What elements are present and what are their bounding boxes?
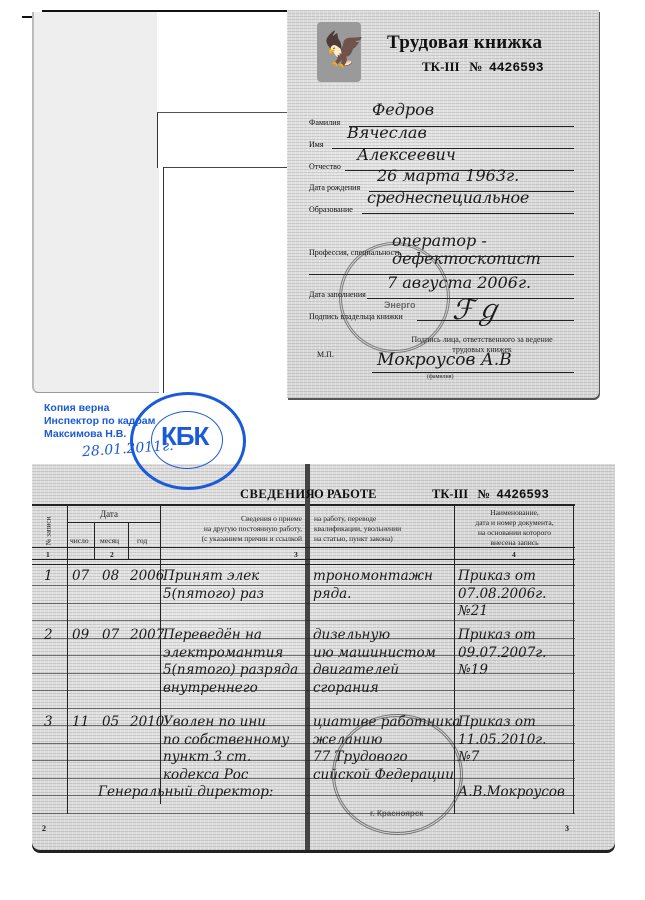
entry-text-left: Принят элек xyxy=(163,568,259,584)
entry-text-left: Уволен по ини xyxy=(163,714,266,730)
entry-number: 3 xyxy=(44,714,53,730)
col-info-header-left: Сведения о приеме на другую постоянную р… xyxy=(164,514,302,544)
field-label-education: Образование xyxy=(309,205,353,214)
entry-text-right: ию машинистом xyxy=(313,645,436,661)
field-label-surname: Фамилия xyxy=(309,118,340,127)
entry-year: 2010 xyxy=(130,714,164,730)
signature-caption: (фамилия) xyxy=(427,374,454,380)
entry-basis: №21 xyxy=(458,603,488,619)
field-value-patronymic: Алексеевич xyxy=(357,145,456,164)
col-date-header: Дата xyxy=(100,509,118,519)
page-fold xyxy=(305,464,310,850)
entry-year: 2007 xyxy=(130,627,164,643)
blank-insert xyxy=(163,167,294,393)
entry-text-right: сгорания xyxy=(313,680,379,696)
entry-day: 07 xyxy=(72,568,89,584)
number-sign: № xyxy=(478,487,491,501)
entry-text-left: пункт 3 ст. xyxy=(163,749,251,765)
ruled-line xyxy=(32,725,575,726)
field-value-name: Вячеслав xyxy=(347,123,427,142)
page-number-right: 3 xyxy=(565,824,569,833)
col-month-header: месяц xyxy=(100,536,119,546)
col-number: 2 xyxy=(110,550,114,560)
page-number-left: 2 xyxy=(42,824,46,833)
ruled-line xyxy=(32,708,575,709)
entry-basis: Приказ от xyxy=(458,627,536,643)
col-number: 1 xyxy=(46,550,50,560)
entry-number: 2 xyxy=(44,627,53,643)
ruled-line xyxy=(32,620,575,621)
col-basis-header: Наименование, дата и номер документа, на… xyxy=(457,508,572,548)
entry-month: 05 xyxy=(102,714,119,730)
series-label: ТК-III xyxy=(432,487,468,501)
ruled-line xyxy=(32,603,575,604)
col-num-header: № записи xyxy=(43,517,53,546)
col-number: 3 xyxy=(294,550,298,560)
field-value-surname: Федров xyxy=(372,100,434,119)
col-number: 4 xyxy=(512,550,516,560)
field-label-birthdate: Дата рождения xyxy=(309,183,360,192)
stamp-text: Энерго xyxy=(384,300,415,310)
entry-day: 11 xyxy=(72,714,89,730)
stamp-city: г. Красноярск xyxy=(370,809,423,818)
ruled-line xyxy=(32,585,575,586)
series-label: ТК-III xyxy=(422,59,460,74)
ruled-line xyxy=(32,638,575,639)
entry-month: 07 xyxy=(102,627,119,643)
entry-month: 08 xyxy=(102,568,119,584)
entry-basis: Приказ от xyxy=(458,568,536,584)
header-right: О РАБОТЕ xyxy=(314,487,377,502)
title-page: 🦅 Трудовая книжка ТК-III № 4426593 Фамил… xyxy=(287,10,599,398)
number-sign: № xyxy=(469,59,482,74)
entry-text-left: Переведён на xyxy=(163,627,262,643)
blank-insert xyxy=(157,12,287,112)
ruled-line xyxy=(32,778,575,779)
entry-text-left: кодекса Рос xyxy=(163,767,248,783)
entry-text-left: 5(пятого) раз xyxy=(163,586,264,602)
field-value-birthdate: 26 марта 1963г. xyxy=(377,166,519,185)
stamp-center-text: КБК xyxy=(161,421,208,452)
entry-text-left: электромантия xyxy=(163,645,283,661)
company-stamp: г. Красноярск xyxy=(332,714,463,835)
entry-text-right: дизельную xyxy=(313,627,390,643)
entry-text-left: 5(пятого) разряда xyxy=(163,662,298,678)
company-stamp: Энерго xyxy=(339,242,450,353)
eagle-icon: 🦅 xyxy=(323,28,355,74)
entry-basis: 09.07.2007г. xyxy=(458,645,546,661)
ruled-line xyxy=(32,743,575,744)
entry-basis: 07.08.2006г. xyxy=(458,586,546,602)
entry-basis: Приказ от xyxy=(458,714,536,730)
entry-text-right: трономонтажн xyxy=(313,568,433,584)
series-number: ТК-III № 4426593 xyxy=(422,59,544,75)
entry-basis: 11.05.2010г. xyxy=(458,732,546,748)
entry-number: 1 xyxy=(44,568,53,584)
mp-label: М.П. xyxy=(317,350,334,359)
col-year-header: год xyxy=(137,536,147,546)
owner-signature: ℱℊ xyxy=(452,288,502,328)
ruled-line xyxy=(32,655,575,656)
ruled-line xyxy=(32,690,575,691)
entry-basis: №19 xyxy=(458,662,488,678)
ruled-line xyxy=(32,673,575,674)
ruled-line xyxy=(32,760,575,761)
entry-day: 09 xyxy=(72,627,89,643)
entry-text-left: Генеральный директор: xyxy=(98,784,273,800)
ruled-line xyxy=(32,813,575,814)
blank-left-page xyxy=(32,12,159,393)
coat-of-arms-icon: 🦅 xyxy=(317,22,361,82)
entry-basis: А.В.Мокроусов xyxy=(458,784,565,800)
entry-text-left: по собственному xyxy=(163,732,289,748)
responsible-signature: Мокроусов А.В xyxy=(377,350,512,370)
ruled-line xyxy=(32,795,575,796)
col-info-header-right: на работу, переводе квалификации, увольн… xyxy=(314,514,449,544)
blank-insert xyxy=(157,112,293,168)
spread-series-number: ТК-III № 4426593 xyxy=(432,487,549,502)
field-label-name: Имя xyxy=(309,140,324,149)
entry-text-right: ряда. xyxy=(313,586,351,602)
entry-text-right: двигателей xyxy=(313,662,399,678)
field-label-patronymic: Отчество xyxy=(309,162,341,171)
kbk-stamp: КБК xyxy=(130,392,246,490)
entry-text-left: внутреннего xyxy=(163,680,258,696)
book-title: Трудовая книжка xyxy=(387,32,542,54)
book-number: 4426593 xyxy=(489,60,544,75)
field-value-education: среднеспециальное xyxy=(367,188,529,207)
header-left: СВЕДЕНИЯ xyxy=(240,487,315,502)
work-record-spread: СВЕДЕНИЯ О РАБОТЕ ТК-III № 4426593 № зап… xyxy=(32,464,615,850)
book-number: 4426593 xyxy=(496,488,549,502)
entry-year: 2006 xyxy=(130,568,164,584)
col-day-header: число xyxy=(70,536,89,546)
